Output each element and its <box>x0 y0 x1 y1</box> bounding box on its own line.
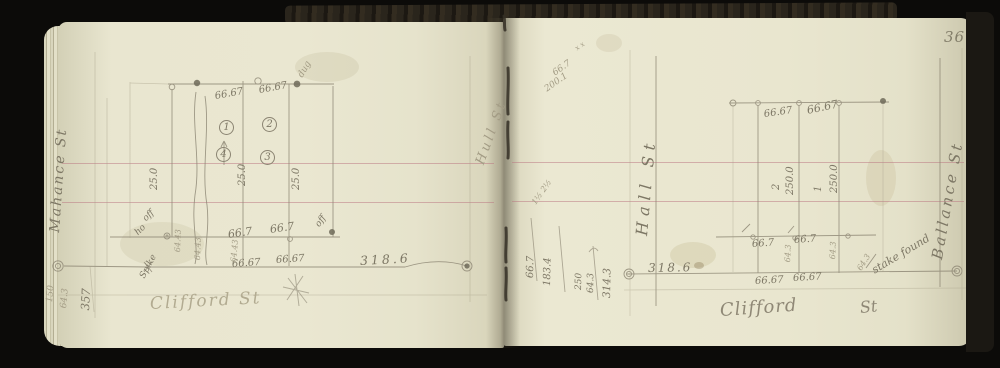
depth-label: 25.0 <box>292 168 302 190</box>
lot-number: 2 <box>772 184 782 190</box>
right-page <box>503 18 971 346</box>
lot-number: 2 <box>262 117 277 132</box>
offset-note: 64.3 <box>784 244 793 262</box>
stain <box>694 262 704 269</box>
depth-label: 25.0 <box>150 168 160 190</box>
depth-label: 250.0 <box>786 166 796 195</box>
corner-figure: 150 <box>46 285 56 303</box>
offset-note: 64.3 <box>829 241 838 259</box>
red-rule-line <box>512 201 964 202</box>
depth-label: 250.0 <box>830 164 840 193</box>
street-label-clifford-st: St <box>859 298 878 316</box>
frontage-label: 66.7 <box>227 226 253 240</box>
depth-label: 25.0 <box>238 164 248 186</box>
block-total-label: 318.6 <box>360 252 411 267</box>
frontage-label: 66.7 <box>794 234 817 246</box>
offset-column: 64.43 <box>174 229 183 252</box>
left-page <box>58 22 504 348</box>
frontage-label: 66.7 <box>752 238 775 250</box>
stain <box>120 222 204 266</box>
stain <box>596 34 622 52</box>
sum-figure: 66.7 <box>526 256 536 278</box>
frontage-label: 66.7 <box>269 221 295 235</box>
corner-figure: 64.3 <box>60 288 71 309</box>
lot-number: 4 <box>216 147 231 162</box>
lot-number: 1 <box>219 120 234 135</box>
gutter-shadow <box>486 18 520 348</box>
lot-number: 1 <box>814 186 824 192</box>
offset-column: 64.43 <box>194 237 203 260</box>
block-total-label: 318.6 <box>648 261 693 274</box>
sum-figure-total: 314.3 <box>602 268 613 298</box>
red-rule-line <box>62 163 494 164</box>
sum-figure: 250 <box>575 273 584 290</box>
frontage-label: 66.67 <box>793 273 822 284</box>
page-number: 36 <box>944 30 965 45</box>
lot-number: 3 <box>260 150 275 165</box>
sum-figure: 64.3 <box>587 273 596 293</box>
corner-figure-total: 357 <box>80 288 93 311</box>
frontage-label: 66.67 <box>755 276 784 287</box>
field-notebook-photo: Mahance St Clifford St Hull St 66.67 66.… <box>0 0 1000 368</box>
stain <box>866 150 896 206</box>
red-rule-line <box>62 202 494 203</box>
red-rule-line <box>512 162 964 163</box>
sum-figure: 183.4 <box>543 257 553 286</box>
back-cover-edge <box>966 12 994 352</box>
frontage-label: 66.67 <box>276 254 305 266</box>
